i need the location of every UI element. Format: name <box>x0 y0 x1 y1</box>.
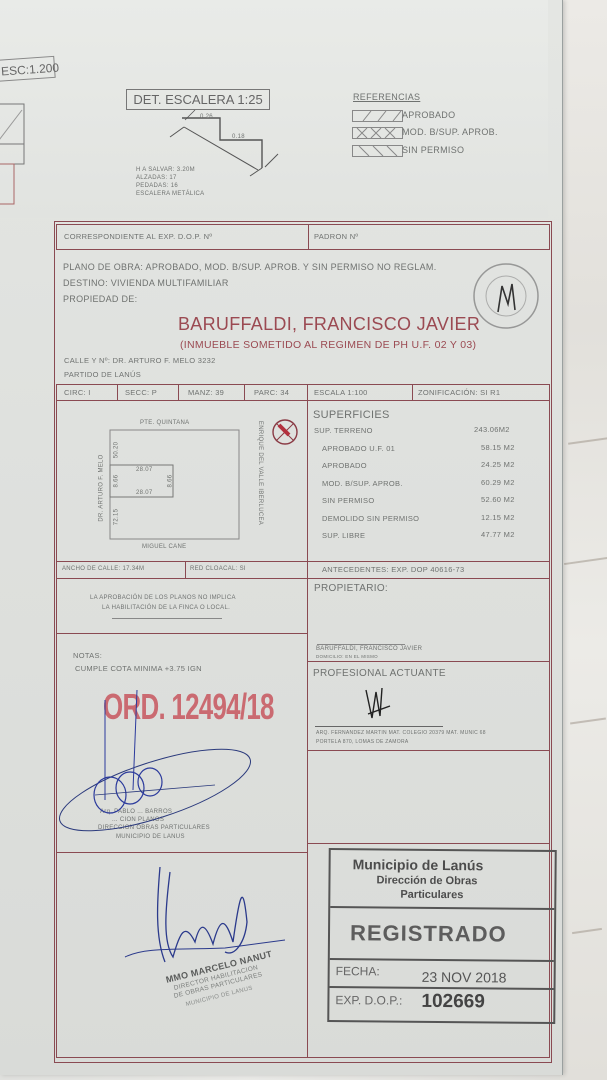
signature-2 <box>362 686 392 726</box>
stair-note: PEDADAS: 16 <box>136 183 178 189</box>
circ: CIRC: I <box>64 388 91 397</box>
hatch-aprobado-icon <box>352 110 403 122</box>
stair-detail-title: DET. ESCALERA 1:25 <box>126 89 270 110</box>
stamp-exp-label: EXP. D.O.P.: <box>335 993 402 1008</box>
street-address: CALLE Y Nº: DR. ARTURO F. MELO 3232 <box>64 356 216 365</box>
superficie-label: SUP. TERRENO <box>314 426 373 435</box>
signature-line <box>317 644 405 645</box>
stair-riser-dim: 0.18 <box>232 134 245 140</box>
street-right: ENRIQUE DEL VALLE IBERLUCEA <box>257 421 263 525</box>
superficie-value: 243.06M2 <box>474 425 510 434</box>
ancho-calle: ANCHO DE CALLE: 17.34M <box>62 566 144 572</box>
propietario-label: PROPIETARIO: <box>314 583 388 594</box>
stair-tread-dim: 0.26 <box>200 114 213 120</box>
plano-description: PLANO DE OBRA: APROBADO, MOD. B/SUP. APR… <box>63 262 437 272</box>
signature-1 <box>55 730 255 840</box>
secc: SECC: P <box>125 388 157 397</box>
partido: PARTIDO DE LANÚS <box>64 370 141 379</box>
stamp-status: REGISTRADO <box>350 920 507 947</box>
stamp-line2: Dirección de Obras <box>376 874 477 887</box>
marble-background <box>560 0 607 1080</box>
superficies-title: SUPERFICIES <box>313 409 390 421</box>
superficie-label: APROBADO U.F. 01 <box>322 444 395 453</box>
superficie-value: 58.15 M2 <box>481 443 515 452</box>
superficie-label: SUP. LIBRE <box>322 531 365 540</box>
profesional-line2: PORTELA 870, LOMAS DE ZAMORA <box>316 739 409 745</box>
destino: DESTINO: VIVIENDA MULTIFAMILIAR <box>63 278 229 288</box>
north-arrow-icon <box>271 418 299 446</box>
site-plan-block <box>110 430 240 540</box>
empty-cell <box>307 750 550 844</box>
disclaimer-line: LA HABILITACIÓN DE LA FINCA O LOCAL. <box>102 605 230 611</box>
owner-name: BARUFFALDI, FRANCISCO JAVIER <box>178 314 480 335</box>
manz: MANZ: 39 <box>188 388 224 397</box>
owner-note: (INMUEBLE SOMETIDO AL REGIMEN DE PH U.F.… <box>180 339 476 351</box>
scale-label: ESC:1.200 <box>0 56 56 82</box>
profesional-label: PROFESIONAL ACTUANTE <box>313 668 446 679</box>
street-bottom: MIGUEL CANE <box>142 544 186 550</box>
reference-label: MOD. B/SUP. APROB. <box>402 127 498 137</box>
hatch-sin-permiso-icon <box>352 145 403 157</box>
reference-label: APROBADO <box>402 110 455 120</box>
reference-label: SIN PERMISO <box>402 145 464 155</box>
disclaimer-line: LA APROBACIÓN DE LOS PLANOS NO IMPLICA <box>90 595 236 601</box>
lot-bottom: 28.07 <box>136 490 153 496</box>
superficie-value: 47.77 M2 <box>481 530 515 539</box>
red-cloacal: RED CLOACAL: SI <box>190 566 246 572</box>
superficie-value: 52.60 M2 <box>481 495 515 504</box>
parc: PARC: 34 <box>254 388 289 397</box>
propietario-domicilio: DOMICILIO: EN EL MISMO <box>316 654 378 659</box>
references-title: REFERENCIAS <box>353 92 420 102</box>
stamp-line3: Particulares <box>400 889 463 902</box>
divider <box>112 618 222 619</box>
folio-stamp <box>470 260 542 332</box>
superficie-label: MOD. B/SUP. APROB. <box>322 479 403 488</box>
lot-top: 28.07 <box>136 467 153 473</box>
street-top: PTE. QUINTANA <box>140 420 189 426</box>
exp-label: CORRESPONDIENTE AL EXP. D.O.P. Nº <box>64 232 212 241</box>
superficie-value: 24.25 M2 <box>481 460 515 469</box>
propiedad-label: PROPIEDAD DE: <box>63 294 137 304</box>
superficie-value: 60.29 M2 <box>481 478 515 487</box>
superficie-label: APROBADO <box>322 461 367 470</box>
notas-label: NOTAS: <box>73 651 102 660</box>
hatch-mod-aprob-icon <box>352 127 403 139</box>
antecedentes: ANTECEDENTES: EXP. DOP 40616-73 <box>322 565 464 574</box>
stair-note: H A SALVAR: 3.20M <box>136 167 195 173</box>
plan-sheet: ESC:1.200 DET. ESCALERA 1:25 0.26 0.18 H… <box>0 0 563 1075</box>
profesional-line1: ARQ. FERNANDEZ MARTIN MAT. COLEGIO 20379… <box>316 730 486 736</box>
padron-label: PADRON Nº <box>314 232 358 241</box>
lot-left: 8.66 <box>113 475 119 488</box>
stair-note: ALZADAS: 17 <box>136 175 177 181</box>
superficie-label: SIN PERMISO <box>322 496 374 505</box>
superficie-label: DEMOLIDO SIN PERMISO <box>322 514 419 523</box>
signature-line <box>315 726 443 727</box>
superficie-value: 12.15 M2 <box>481 513 515 522</box>
stamp-fecha-value: 23 NOV 2018 <box>422 969 507 986</box>
propietario-name: BARUFFALDI, FRANCISCO JAVIER <box>316 646 422 652</box>
stair-note: ESCALERA METÁLICA <box>136 191 204 197</box>
partial-floor-plan <box>0 100 28 210</box>
ord-stamp: ORD. 12494/18 <box>103 686 274 728</box>
notas-text: CUMPLE COTA MINIMA +3.75 IGN <box>75 664 202 673</box>
dim-bottom-left: 72.15 <box>113 509 119 526</box>
stamp-exp-value: 102669 <box>421 991 485 1014</box>
lot-right: 8.66 <box>167 475 173 488</box>
stamp-fecha-label: FECHA: <box>336 964 380 978</box>
street-left: DR. ARTURO F. MELO <box>99 454 105 521</box>
stair-detail-drawing <box>170 112 280 192</box>
dim-top-left: 50.20 <box>113 442 119 459</box>
stamp-line1: Municipio de Lanús <box>353 856 484 873</box>
escala: ESCALA 1:100 <box>314 388 368 397</box>
registro-stamp: Municipio de Lanús Dirección de Obras Pa… <box>327 848 557 1024</box>
zonificacion: ZONIFICACIÓN: SI R1 <box>418 388 500 397</box>
